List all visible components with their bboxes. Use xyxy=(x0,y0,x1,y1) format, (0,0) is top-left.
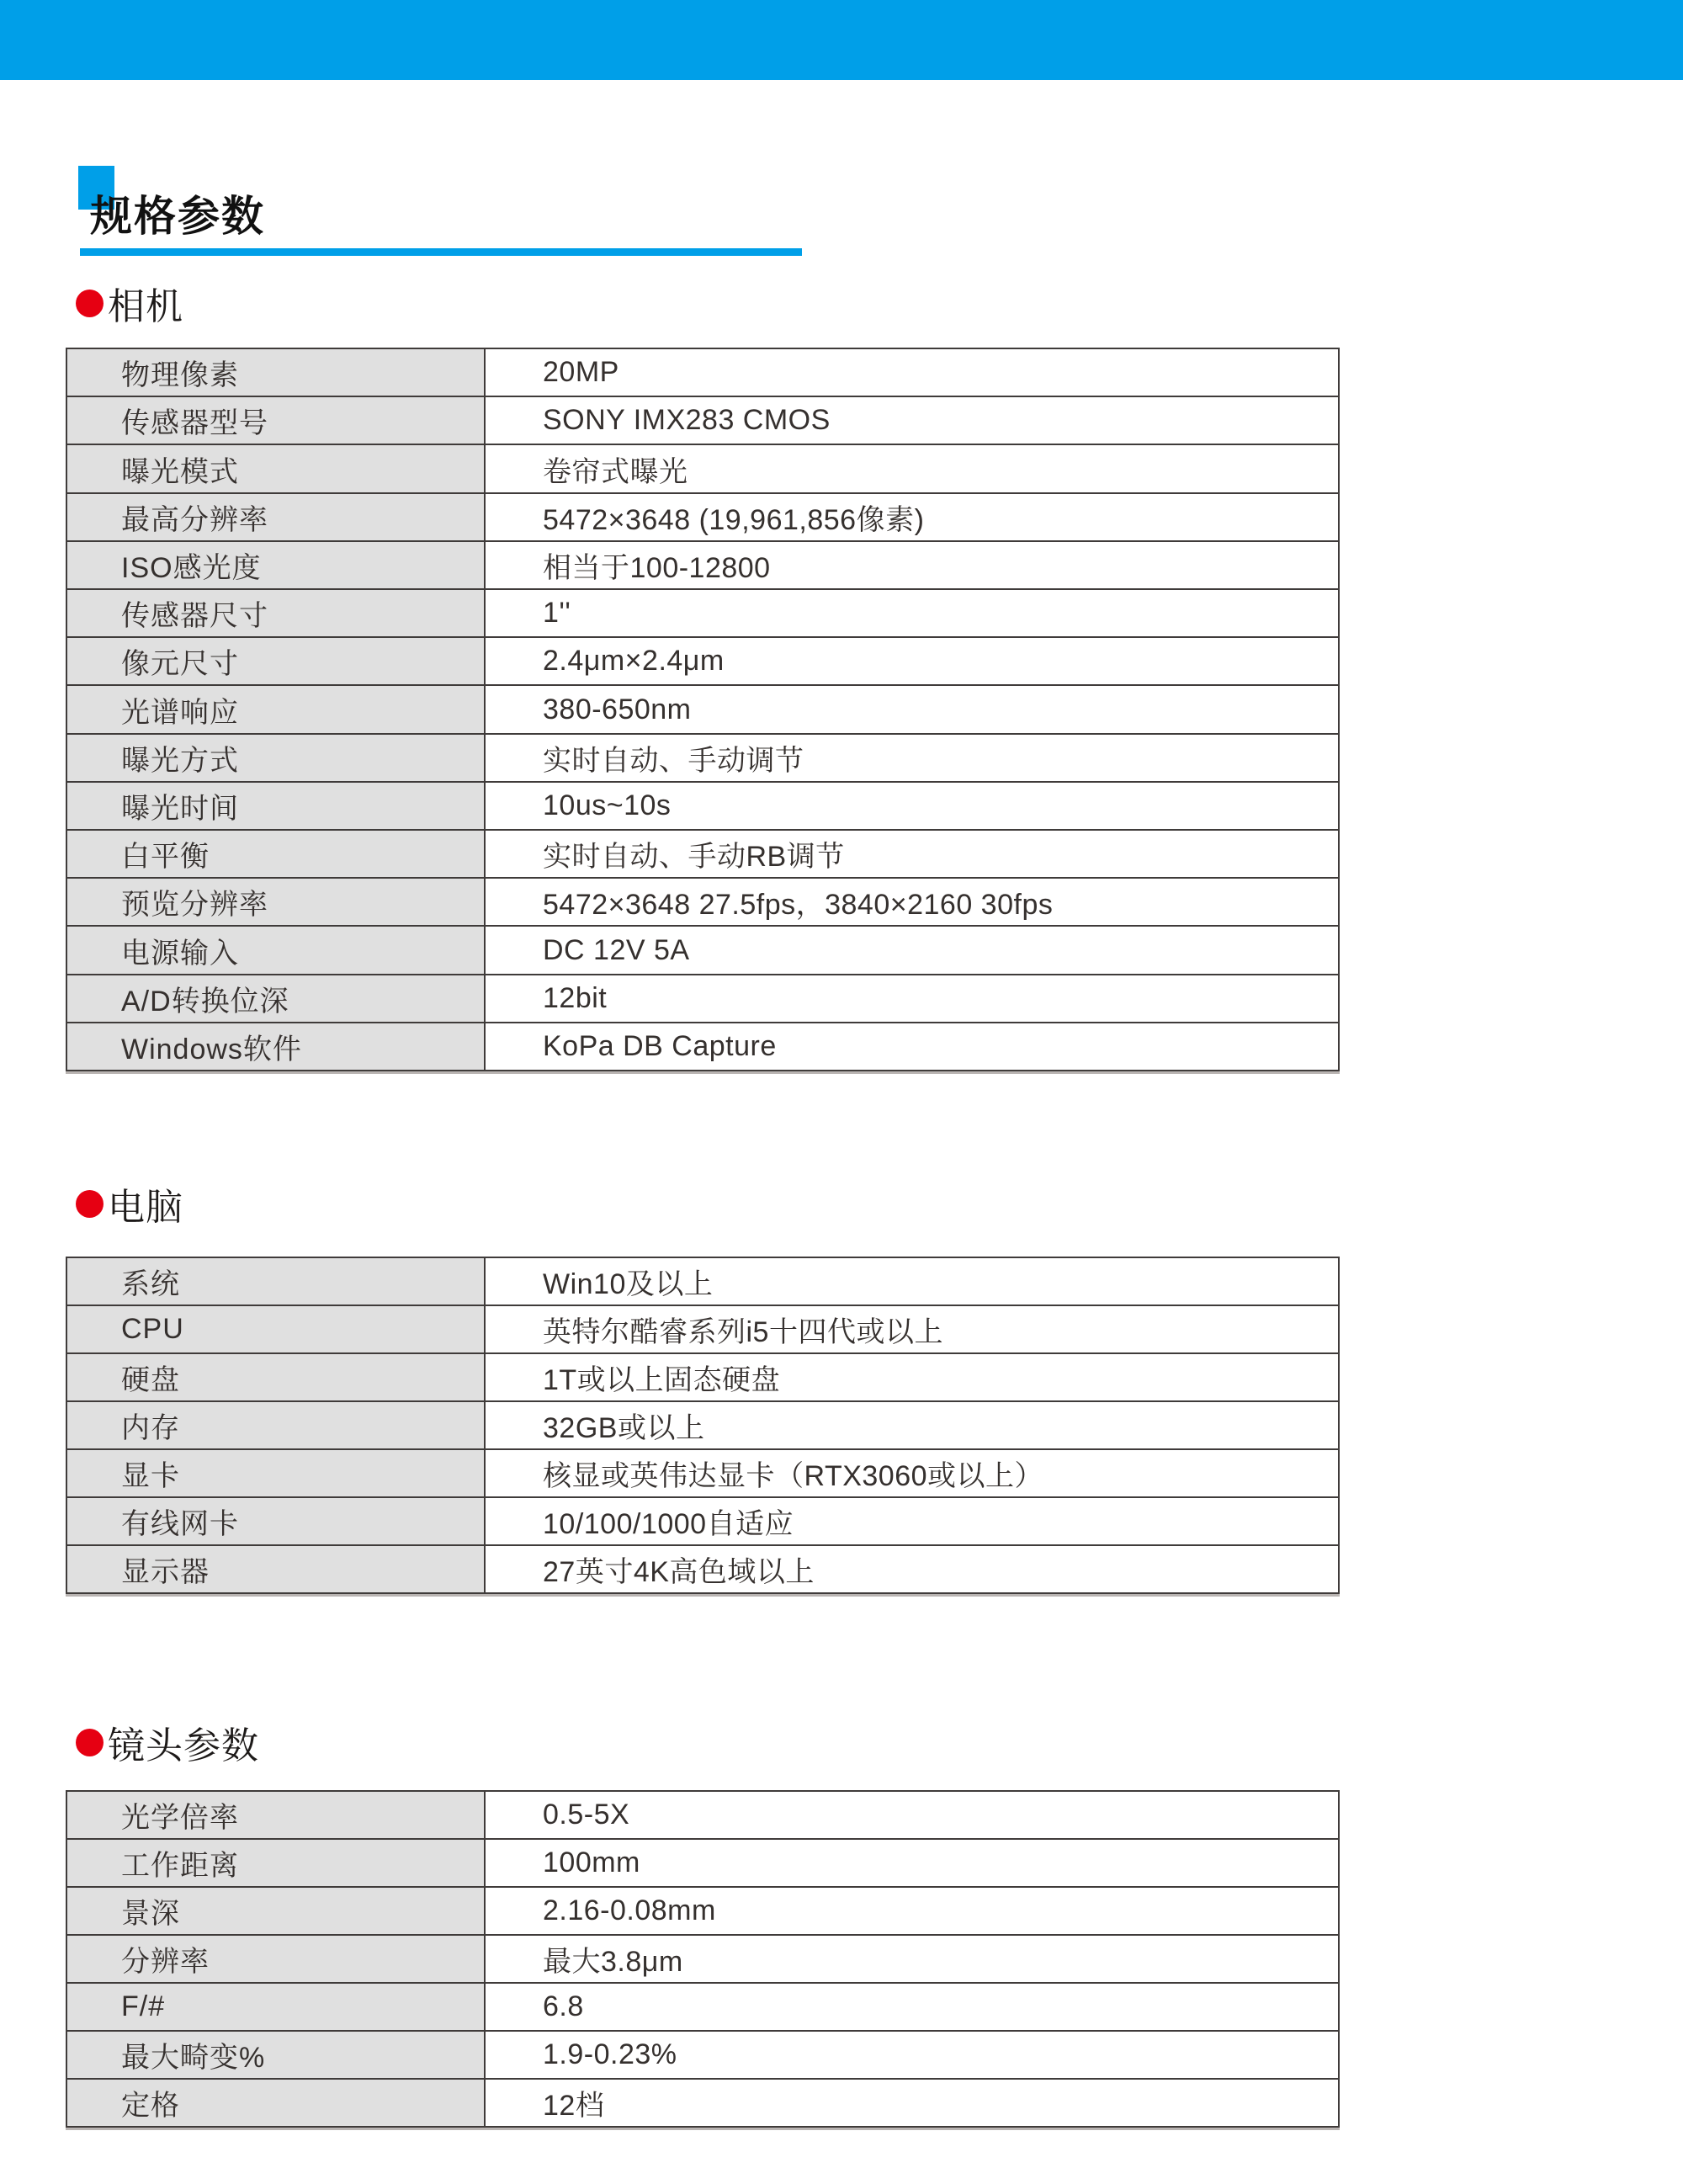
row-value: 实时自动、手动调节 xyxy=(486,735,1338,781)
table-row: 定格 12档 xyxy=(67,2080,1338,2126)
row-value: 10/100/1000自适应 xyxy=(486,1498,1338,1544)
row-value: DC 12V 5A xyxy=(486,927,1338,973)
table-row: Windows软件 KoPa DB Capture xyxy=(67,1023,1338,1070)
row-value: 相当于100-12800 xyxy=(486,542,1338,588)
table-row: 预览分辨率 5472×3648 27.5fps，3840×2160 30fps xyxy=(67,879,1338,927)
red-bullet-icon xyxy=(76,290,104,317)
row-label: 显卡 xyxy=(67,1450,486,1496)
row-value: 27英寸4K高色域以上 xyxy=(486,1546,1338,1592)
row-value: 核显或英伟达显卡（RTX3060或以上） xyxy=(486,1450,1338,1496)
spec-table-lens: 光学倍率 0.5-5X 工作距离 100mm 景深 2.16-0.08mm 分辨… xyxy=(66,1790,1340,2128)
row-label: 物理像素 xyxy=(67,349,486,396)
table-row: 曝光模式 卷帘式曝光 xyxy=(67,445,1338,493)
row-value: 12档 xyxy=(486,2080,1338,2126)
spec-sheet-page: 规格参数 相机 物理像素 20MP 传感器型号 SONY IMX283 CMOS… xyxy=(0,0,1683,2184)
row-value: KoPa DB Capture xyxy=(486,1023,1338,1070)
section-heading-lens: 镜头参数 xyxy=(76,1715,259,1769)
table-row: 有线网卡 10/100/1000自适应 xyxy=(67,1498,1338,1546)
row-value: 1.9-0.23% xyxy=(486,2032,1338,2078)
row-value: 英特尔酷睿系列i5十四代或以上 xyxy=(486,1306,1338,1352)
red-bullet-icon xyxy=(76,1190,104,1218)
row-value: 0.5-5X xyxy=(486,1792,1338,1838)
table-row: 曝光时间 10us~10s xyxy=(67,783,1338,831)
row-label: 最高分辨率 xyxy=(67,494,486,540)
table-row: 曝光方式 实时自动、手动调节 xyxy=(67,735,1338,783)
row-label: 电源输入 xyxy=(67,927,486,973)
row-label: 白平衡 xyxy=(67,831,486,877)
page-title: 规格参数 xyxy=(90,194,265,240)
table-row: 硬盘 1T或以上固态硬盘 xyxy=(67,1354,1338,1402)
spec-table-computer: 系统 Win10及以上 CPU 英特尔酷睿系列i5十四代或以上 硬盘 1T或以上… xyxy=(66,1257,1340,1594)
row-label: ISO感光度 xyxy=(67,542,486,588)
row-label: 像元尺寸 xyxy=(67,638,486,684)
section-heading-label: 镜头参数 xyxy=(108,1715,259,1769)
row-label: 曝光模式 xyxy=(67,445,486,492)
table-row: 分辨率 最大3.8μm xyxy=(67,1936,1338,1984)
table-row: 传感器尺寸 1'' xyxy=(67,590,1338,638)
row-value: 12bit xyxy=(486,975,1338,1022)
table-row: 显卡 核显或英伟达显卡（RTX3060或以上） xyxy=(67,1450,1338,1498)
table-row: 光学倍率 0.5-5X xyxy=(67,1792,1338,1840)
spec-table-camera: 物理像素 20MP 传感器型号 SONY IMX283 CMOS 曝光模式 卷帘… xyxy=(66,348,1340,1071)
row-label: 显示器 xyxy=(67,1546,486,1592)
row-value: 卷帘式曝光 xyxy=(486,445,1338,492)
row-value: 2.4μm×2.4μm xyxy=(486,638,1338,684)
row-label: Windows软件 xyxy=(67,1023,486,1070)
table-row: F/# 6.8 xyxy=(67,1984,1338,2032)
title-underline xyxy=(80,248,802,256)
table-row: 景深 2.16-0.08mm xyxy=(67,1888,1338,1936)
row-label: A/D转换位深 xyxy=(67,975,486,1022)
table-row: 白平衡 实时自动、手动RB调节 xyxy=(67,831,1338,879)
table-row: A/D转换位深 12bit xyxy=(67,975,1338,1023)
row-value: 380-650nm xyxy=(486,686,1338,732)
row-value: 1'' xyxy=(486,590,1338,636)
row-value: Win10及以上 xyxy=(486,1258,1338,1305)
table-row: 系统 Win10及以上 xyxy=(67,1258,1338,1306)
row-label: 光谱响应 xyxy=(67,686,486,732)
row-label: 预览分辨率 xyxy=(67,879,486,925)
row-label: 曝光时间 xyxy=(67,783,486,829)
row-label: F/# xyxy=(67,1984,486,2030)
top-brand-bar xyxy=(0,0,1683,80)
row-label: 硬盘 xyxy=(67,1354,486,1400)
red-bullet-icon xyxy=(76,1729,104,1756)
table-row: ISO感光度 相当于100-12800 xyxy=(67,542,1338,590)
table-row: 传感器型号 SONY IMX283 CMOS xyxy=(67,397,1338,445)
table-row: 物理像素 20MP xyxy=(67,349,1338,397)
row-label: CPU xyxy=(67,1306,486,1352)
row-label: 工作距离 xyxy=(67,1840,486,1886)
row-label: 分辨率 xyxy=(67,1936,486,1982)
section-heading-camera: 相机 xyxy=(76,276,183,330)
row-value: 20MP xyxy=(486,349,1338,396)
row-label: 系统 xyxy=(67,1258,486,1305)
row-label: 内存 xyxy=(67,1402,486,1448)
row-label: 景深 xyxy=(67,1888,486,1934)
section-heading-label: 相机 xyxy=(108,276,183,330)
row-label: 最大畸变% xyxy=(67,2032,486,2078)
row-value: 32GB或以上 xyxy=(486,1402,1338,1448)
row-label: 光学倍率 xyxy=(67,1792,486,1838)
table-row: 工作距离 100mm xyxy=(67,1840,1338,1888)
table-row: 光谱响应 380-650nm xyxy=(67,686,1338,734)
row-label: 曝光方式 xyxy=(67,735,486,781)
table-row: 像元尺寸 2.4μm×2.4μm xyxy=(67,638,1338,686)
table-row: 最大畸变% 1.9-0.23% xyxy=(67,2032,1338,2080)
row-value: 最大3.8μm xyxy=(486,1936,1338,1982)
section-heading-computer: 电脑 xyxy=(76,1177,183,1230)
row-label: 传感器型号 xyxy=(67,397,486,444)
row-label: 有线网卡 xyxy=(67,1498,486,1544)
row-label: 传感器尺寸 xyxy=(67,590,486,636)
table-row: CPU 英特尔酷睿系列i5十四代或以上 xyxy=(67,1306,1338,1354)
row-value: 5472×3648 27.5fps，3840×2160 30fps xyxy=(486,879,1338,925)
table-row: 内存 32GB或以上 xyxy=(67,1402,1338,1450)
row-label: 定格 xyxy=(67,2080,486,2126)
table-row: 显示器 27英寸4K高色域以上 xyxy=(67,1546,1338,1592)
table-row: 最高分辨率 5472×3648 (19,961,856像素) xyxy=(67,494,1338,542)
row-value: 5472×3648 (19,961,856像素) xyxy=(486,494,1338,540)
table-row: 电源输入 DC 12V 5A xyxy=(67,927,1338,975)
row-value: 6.8 xyxy=(486,1984,1338,2030)
row-value: 2.16-0.08mm xyxy=(486,1888,1338,1934)
section-heading-label: 电脑 xyxy=(108,1177,183,1230)
row-value: 1T或以上固态硬盘 xyxy=(486,1354,1338,1400)
row-value: SONY IMX283 CMOS xyxy=(486,397,1338,444)
row-value: 100mm xyxy=(486,1840,1338,1886)
row-value: 10us~10s xyxy=(486,783,1338,829)
row-value: 实时自动、手动RB调节 xyxy=(486,831,1338,877)
